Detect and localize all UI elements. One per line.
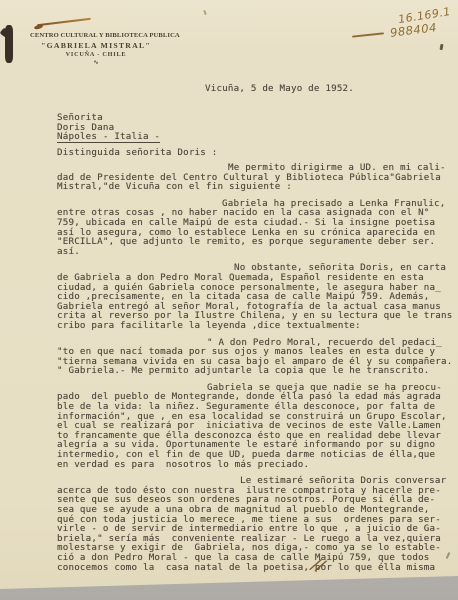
- paragraph: No obstante, señorita Doris, en cartade …: [57, 263, 452, 330]
- letter-line: Mistral,"de Vicuña con el fin siguiente …: [57, 182, 452, 192]
- letterhead-location: VICUÑA - CHILE: [30, 51, 162, 58]
- paragraph: Me permito dirigirme a UD. en mi cali-da…: [57, 163, 452, 192]
- scanned-letter-page: CENTRO CULTURAL Y BIBLIOTECA PUBLICA "GA…: [0, 0, 458, 600]
- letterhead-name: "GABRIELA MISTRAL": [30, 41, 162, 50]
- letterhead-ornament-icon: ∿: [30, 59, 162, 66]
- paragraph: Gabriela se queja que nadie se ha preocu…: [57, 383, 452, 469]
- recipient-block: Señorita Doris Dana Nápoles - Italia -: [57, 113, 160, 143]
- recipient-city: Nápoles - Italia -: [57, 132, 160, 143]
- letter-line: " Gabriela.- Me permito adjuntarle la co…: [57, 366, 452, 376]
- letterhead-institution: CENTRO CULTURAL Y BIBLIOTECA PUBLICA: [30, 32, 162, 39]
- letter-line: cribo para facilitarle la leyenda ,dice …: [57, 321, 452, 331]
- paragraph: Gabriela ha precisado a Lenka Franulic,e…: [57, 199, 452, 257]
- paragraph: " A don Pedro Moral, recuerdo del pedaci…: [57, 338, 452, 376]
- letter-line: así.: [57, 247, 452, 257]
- letter-line: "ERCILLA", que adjunto le remito, es por…: [57, 237, 452, 247]
- date-line: Vicuña, 5 de Mayo de 1952.: [205, 84, 354, 94]
- letterhead: CENTRO CULTURAL Y BIBLIOTECA PUBLICA "GA…: [30, 32, 162, 66]
- letter-body: Me permito dirigirme a UD. en mi cali-da…: [57, 163, 452, 572]
- salutation: Distinguida señorita Doris :: [57, 148, 217, 158]
- letter-line: conocemos como la casa natal de la poeti…: [57, 563, 452, 573]
- paragraph: Le estimaré señorita Doris conversaracer…: [57, 476, 452, 572]
- letter-line: en verdad es para nosotros lo más precia…: [57, 460, 452, 470]
